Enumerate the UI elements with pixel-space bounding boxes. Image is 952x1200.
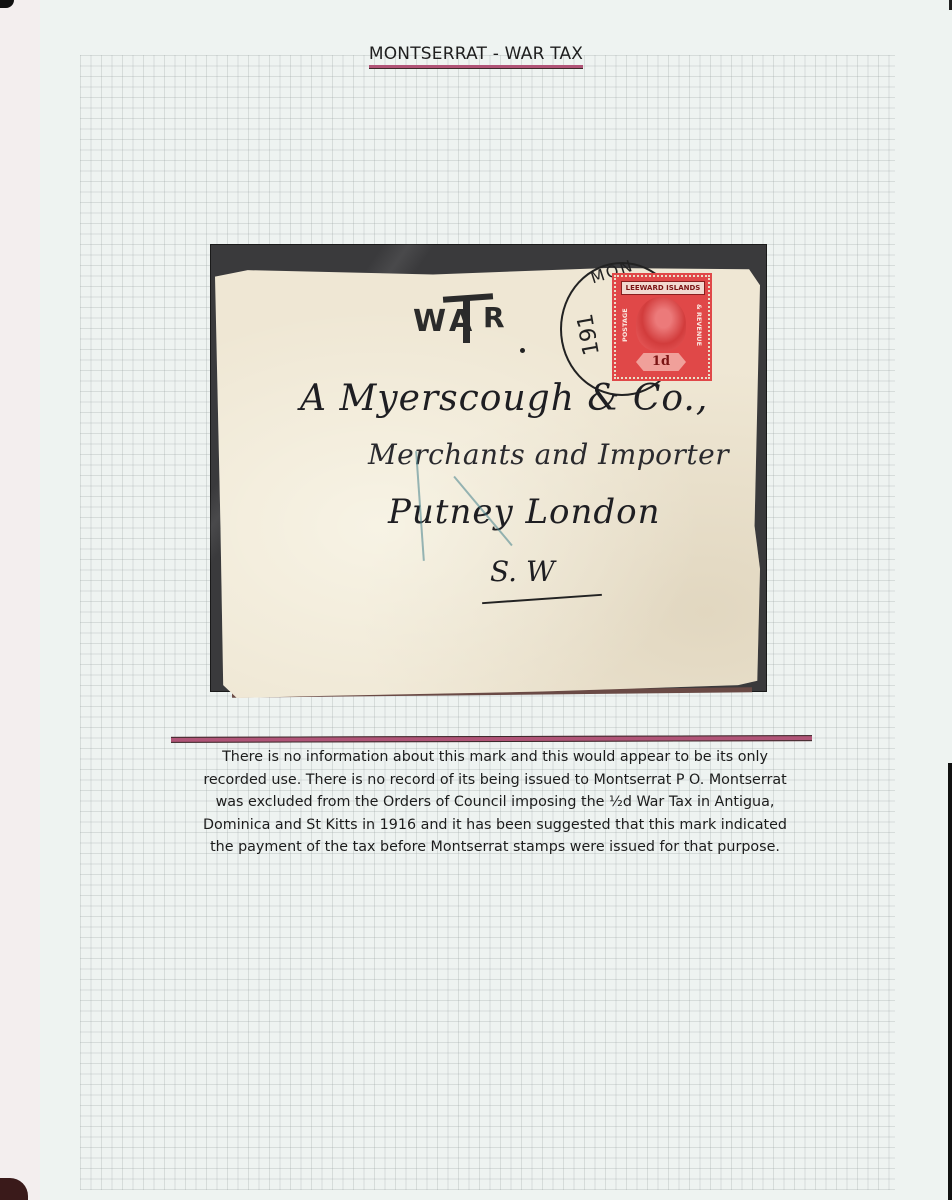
caption-line: the payment of the tax before Montserrat…: [170, 836, 820, 859]
king-portrait-icon: [636, 297, 686, 351]
stamp-value: 1d: [636, 353, 686, 371]
address-line-addressee: A Myerscough & Co.,: [300, 378, 708, 419]
page-title-text: MONTSERRAT - WAR TAX: [369, 44, 583, 68]
address-line-business: Merchants and Importer: [368, 438, 729, 471]
ink-dot: [520, 348, 525, 353]
svg-text:W: W: [413, 304, 446, 339]
postage-stamp: LEEWARD ISLANDS POSTAGE & REVENUE 1d: [614, 275, 710, 379]
caption-line: was excluded from the Orders of Council …: [170, 791, 820, 814]
page-title: MONTSERRAT - WAR TAX: [0, 44, 952, 68]
stamp-country: LEEWARD ISLANDS: [621, 281, 705, 295]
war-cachet-icon: W A R: [413, 293, 515, 345]
address-line-city: Putney London: [388, 492, 661, 532]
caption-line: Dominica and St Kitts in 1916 and it has…: [170, 814, 820, 837]
page-left-margin: [0, 0, 40, 1200]
svg-text:A: A: [449, 304, 473, 339]
caption-line: There is no information about this mark …: [170, 746, 820, 769]
stamp-right-label: & REVENUE: [693, 299, 703, 351]
caption-line: recorded use. There is no record of its …: [170, 769, 820, 792]
stamp-left-label: POSTAGE: [621, 299, 631, 351]
svg-text:R: R: [483, 301, 505, 334]
caption-text: There is no information about this mark …: [170, 746, 820, 859]
address-line-district: S. W: [490, 555, 555, 588]
scan-edge: [948, 763, 952, 1200]
